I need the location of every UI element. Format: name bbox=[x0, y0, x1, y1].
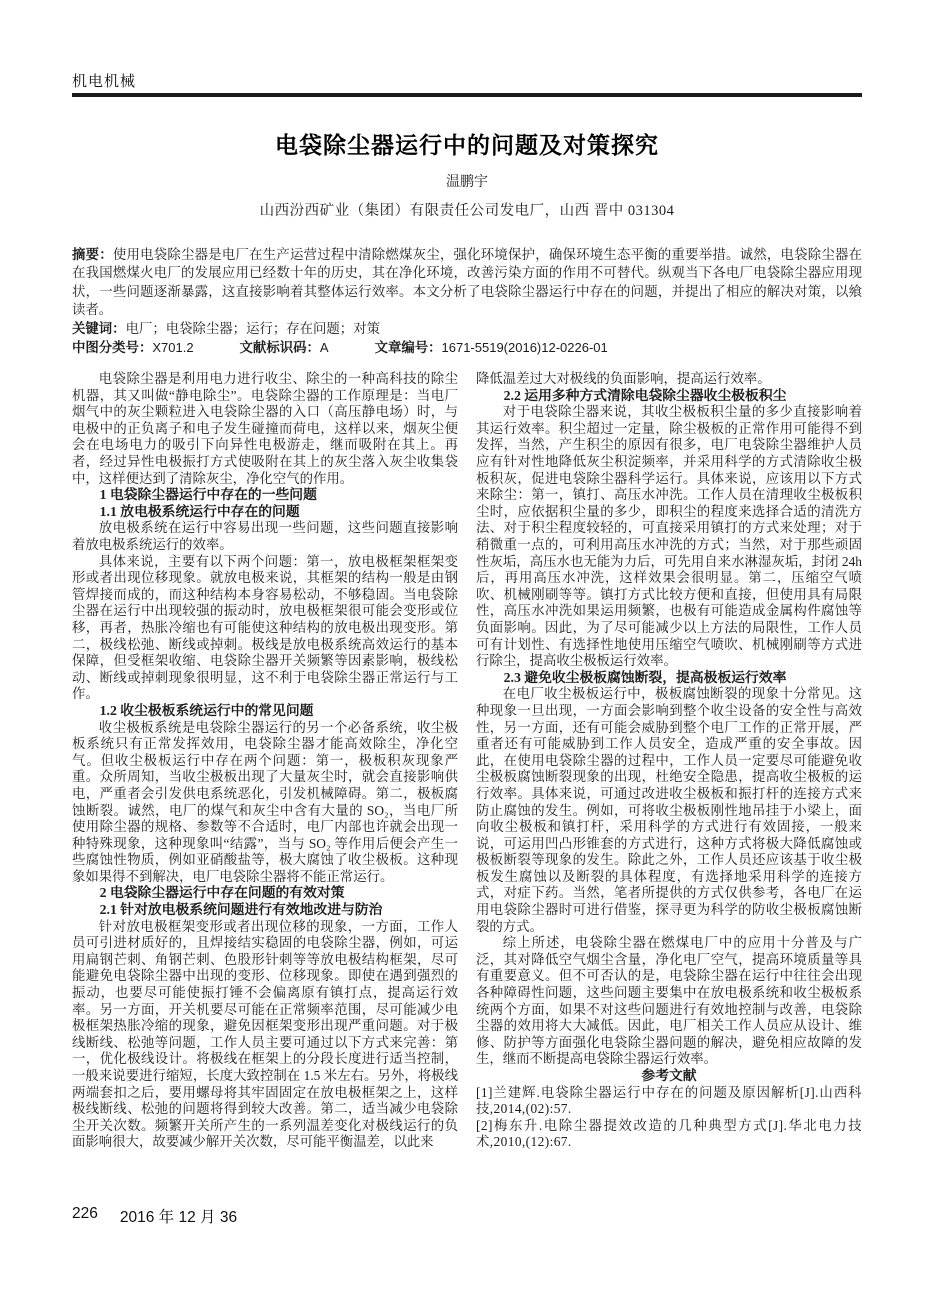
reference-item: [1]兰建辉.电袋除尘器运行中存在的问题及原因解析[J].山西科技,2014,(… bbox=[476, 1085, 862, 1118]
section-heading: 2 电袋除尘器运行中存在问题的有效对策 bbox=[72, 885, 458, 902]
document-code: 文献标识码：A bbox=[240, 339, 329, 358]
abstract-text: 使用电袋除尘器是电厂在生产运营过程中清除燃煤灰尘，强化环境保护，确保环境生态平衡… bbox=[72, 247, 862, 318]
keywords-text: 电厂；电袋除尘器；运行；存在问题；对策 bbox=[126, 321, 380, 336]
references-heading: 参考文献 bbox=[476, 1068, 862, 1085]
body-paragraph: 具体来说，主要有以下两个问题：第一，放电极框架框架变形或者出现位移现象。就放电极… bbox=[72, 554, 458, 703]
article-id: 文章编号：1671-5519(2016)12-0226-01 bbox=[375, 339, 608, 358]
subsection-heading: 2.3 避免收尘极板腐蚀断裂，提高极板运行效率 bbox=[476, 670, 862, 687]
subsection-heading: 1.2 收尘极板系统运行中的常见问题 bbox=[72, 703, 458, 720]
section-heading: 1 电袋除尘器运行中存在的一些问题 bbox=[72, 487, 458, 504]
issue-info: 2016 年 12 月 36 bbox=[120, 1205, 237, 1227]
article-title: 电袋除尘器运行中的问题及对策探究 bbox=[72, 127, 862, 160]
clc-number: 中图分类号：X701.2 bbox=[72, 339, 194, 358]
keywords: 关键词：电厂；电袋除尘器；运行；存在问题；对策 bbox=[72, 320, 862, 339]
keywords-label: 关键词： bbox=[72, 321, 126, 336]
reference-item: [2]梅东升.电除尘器提效改造的几种典型方式[J].华北电力技术,2010,(1… bbox=[476, 1118, 862, 1151]
two-column-body: 电袋除尘器是利用电力进行收尘、除尘的一种高科技的除尘机器，其又叫做“静电除尘”。… bbox=[72, 371, 862, 1151]
body-paragraph: 在电厂收尘极板运行中，极板腐蚀断裂的现象十分常见。这种现象一旦出现，一方面会影响… bbox=[476, 686, 862, 935]
subsection-heading: 2.2 运用多种方式清除电袋除尘器收尘极板积尘 bbox=[476, 388, 862, 405]
column-section-label: 机电机械 bbox=[72, 73, 136, 90]
journal-page: 机电机械 电袋除尘器运行中的问题及对策探究 温鹏宇 山西汾西矿业（集团）有限责任… bbox=[0, 0, 926, 1309]
body-paragraph: 电袋除尘器是利用电力进行收尘、除尘的一种高科技的除尘机器，其又叫做“静电除尘”。… bbox=[72, 371, 458, 487]
body-paragraph-continuation: 降低温差过大对极线的负面影响，提高运行效率。 bbox=[476, 371, 862, 388]
meta-line: 中图分类号：X701.2 文献标识码：A 文章编号：1671-5519(2016… bbox=[72, 339, 862, 358]
author-affiliation: 山西汾西矿业（集团）有限责任公司发电厂，山西 晋中 031304 bbox=[72, 199, 862, 220]
body-paragraph: 收尘极板系统是电袋除尘器运行的另一个必备系统，收尘极板系统只有正常发挥效用，电袋… bbox=[72, 720, 458, 886]
header-rule bbox=[72, 93, 862, 97]
left-column: 电袋除尘器是利用电力进行收尘、除尘的一种高科技的除尘机器，其又叫做“静电除尘”。… bbox=[72, 371, 458, 1151]
running-head: 机电机械 bbox=[72, 70, 862, 103]
right-column: 降低温差过大对极线的负面影响，提高运行效率。2.2 运用多种方式清除电袋除尘器收… bbox=[476, 371, 862, 1151]
frontmatter: 摘要：使用电袋除尘器是电厂在生产运营过程中清除燃煤灰尘，强化环境保护，确保环境生… bbox=[72, 246, 862, 359]
body-paragraph: 对于电袋除尘器来说，其收尘极板积尘量的多少直接影响着其运行效率。积尘超过一定量，… bbox=[476, 404, 862, 670]
subsection-heading: 1.1 放电极系统运行中存在的问题 bbox=[72, 504, 458, 521]
body-paragraph: 综上所述，电袋除尘器在燃煤电厂中的应用十分普及与广泛，其对降低空气烟尘含量，净化… bbox=[476, 935, 862, 1068]
abstract: 摘要：使用电袋除尘器是电厂在生产运营过程中清除燃煤灰尘，强化环境保护，确保环境生… bbox=[72, 246, 862, 320]
subsection-heading: 2.1 针对放电极系统问题进行有效地改进与防治 bbox=[72, 902, 458, 919]
page-footer: 226 2016 年 12 月 36 bbox=[72, 1205, 237, 1227]
page-number: 226 bbox=[72, 1205, 98, 1227]
body-paragraph: 针对放电极框架变形或者出现位移的现象，一方面，工作人员可引进材质好的，且焊接结实… bbox=[72, 919, 458, 1151]
author-name: 温鹏宇 bbox=[72, 171, 862, 191]
body-paragraph: 放电极系统在运行中容易出现一些问题，这些问题直接影响着放电极系统运行的效率。 bbox=[72, 520, 458, 553]
abstract-label: 摘要： bbox=[72, 247, 113, 262]
